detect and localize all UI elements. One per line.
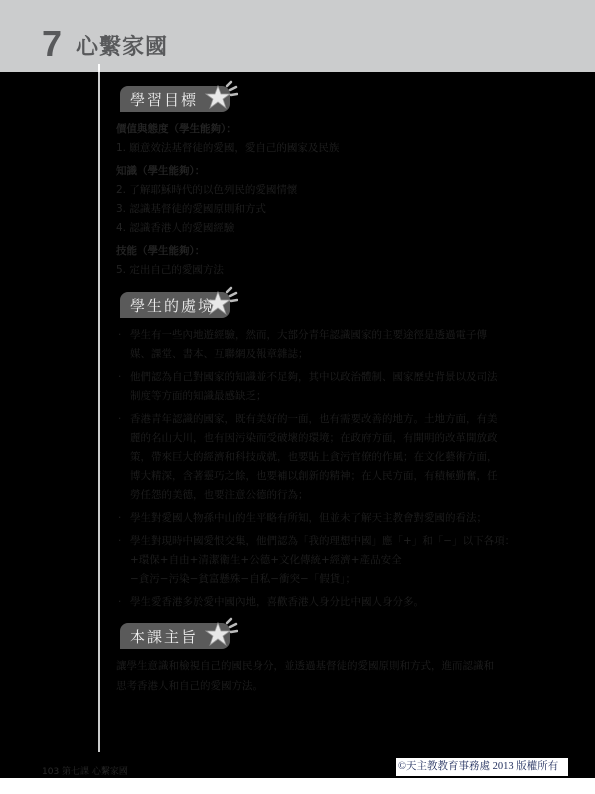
section-tab-situation: 學生的處境 [120,292,230,318]
section-title: 學生的處境 [120,295,215,316]
objective-group-heading: 知識（學生能夠）： [116,162,546,181]
bullet-line: 學生愛香港多於愛中國內地，喜歡香港人身分比中國人身分多。 [130,593,548,612]
list-item: · 學生對愛國人物孫中山的生平略有所知，但並未了解天主教會對愛國的看法； [118,509,548,528]
objective-item: 4. 認識香港人的愛國經驗 [116,219,546,238]
star-icon [204,286,238,320]
bullet-dot: · [118,593,130,612]
bullet-dot: · [118,326,130,364]
theme-line: 讓學生意識和檢視自己的國民身分，並透過基督徒的愛國原則和方式，進而認識和 [116,656,546,676]
theme-line: 思考香港人和自己的愛國方法。 [116,676,546,696]
star-icon [204,617,238,651]
list-item: · 香港青年認識的國家，既有美好的一面，也有需要改善的地方。土地方面，有美 麗的… [118,410,548,505]
bullet-line: 制度等方面的知識最感缺乏； [130,387,548,406]
objective-group-heading: 技能（學生能夠）： [116,242,546,261]
margin-rule [98,72,100,752]
bullet-line: +環保+自由+清潔衛生+公德+文化傳統+經濟+產品安全 [130,551,548,570]
bullet-line: 策，帶來巨大的經濟和科技成就，也要貼上貪污官僚的作風；在文化藝術方面， [130,448,548,467]
bullet-dot: · [118,410,130,505]
objective-group-heading: 價值與態度（學生能夠）： [116,120,546,139]
list-item: · 學生有一些內地遊經驗，然而，大部分青年認識國家的主要途徑是透過電子傳 媒、課… [118,326,548,364]
bullet-line: −貪污−污染−貧富懸殊−自私−衝突−「假貨」； [130,570,548,589]
objective-item: 2. 了解耶穌時代的以色列民的愛國情懷 [116,181,546,200]
bullet-line: 勞任怨的美德，也要注意公德的行為； [130,486,548,505]
objective-item: 3. 認識基督徒的愛國原則和方式 [116,200,546,219]
objectives-content: 價值與態度（學生能夠）： 1. 願意效法基督徒的愛國，愛自己的國家及民族 知識（… [116,120,546,280]
objective-item: 5. 定出自己的愛國方法 [116,261,546,280]
section-tab-objectives: 學習目標 [120,86,230,112]
section-tab-theme: 本課主旨 [120,623,230,649]
star-icon [204,80,238,114]
chapter-title: 心繫家國 [76,36,168,60]
bullet-line: 博大精深，含著靈巧之餘，也要補以創新的精神；在人民方面，有積極勤奮，任 [130,467,548,486]
copyright-notice: ©天主教教育事務處 2013 版權所有 [396,758,568,776]
bullet-line: 他們認為自己對國家的知識並不足夠，其中以政治體制、國家歷史背景以及司法 [130,368,548,387]
bullet-line: 學生對愛國人物孫中山的生平略有所知，但並未了解天主教會對愛國的看法； [130,509,548,528]
chapter-header: 7 心繫家國 [0,0,595,72]
bullet-dot: · [118,532,130,589]
chapter-number: 7 [42,26,62,62]
bullet-line: 麗的名山大川，也有因污染而受破壞的環境；在政府方面，有開明的改革開放政 [130,429,548,448]
list-item: · 學生對現時中國愛恨交集，他們認為「我的理想中國」應「+」和「−」以下各項： … [118,532,548,589]
theme-text: 讓學生意識和檢視自己的國民身分，並透過基督徒的愛國原則和方式，進而認識和 思考香… [116,656,546,696]
list-item: · 他們認為自己對國家的知識並不足夠，其中以政治體制、國家歷史背景以及司法 制度… [118,368,548,406]
section-title: 本課主旨 [120,626,198,647]
section-title: 學習目標 [120,89,198,110]
objective-item: 1. 願意效法基督徒的愛國，愛自己的國家及民族 [116,139,546,158]
bullet-dot: · [118,368,130,406]
bullet-line: 學生對現時中國愛恨交集，他們認為「我的理想中國」應「+」和「−」以下各項： [130,532,548,551]
list-item: · 學生愛香港多於愛中國內地，喜歡香港人身分比中國人身分多。 [118,593,548,612]
bullet-line: 學生有一些內地遊經驗，然而，大部分青年認識國家的主要途徑是透過電子傳 [130,326,548,345]
bullet-line: 媒、課堂、書本、互聯網及報章雜誌； [130,345,548,364]
situation-list: · 學生有一些內地遊經驗，然而，大部分青年認識國家的主要途徑是透過電子傳 媒、課… [118,326,548,616]
bullet-dot: · [118,509,130,528]
page-footer-label: 103 第七課 心繫家國 [42,764,128,777]
page-bottom-margin [0,778,595,794]
bullet-line: 香港青年認識的國家，既有美好的一面，也有需要改善的地方。土地方面，有美 [130,410,548,429]
